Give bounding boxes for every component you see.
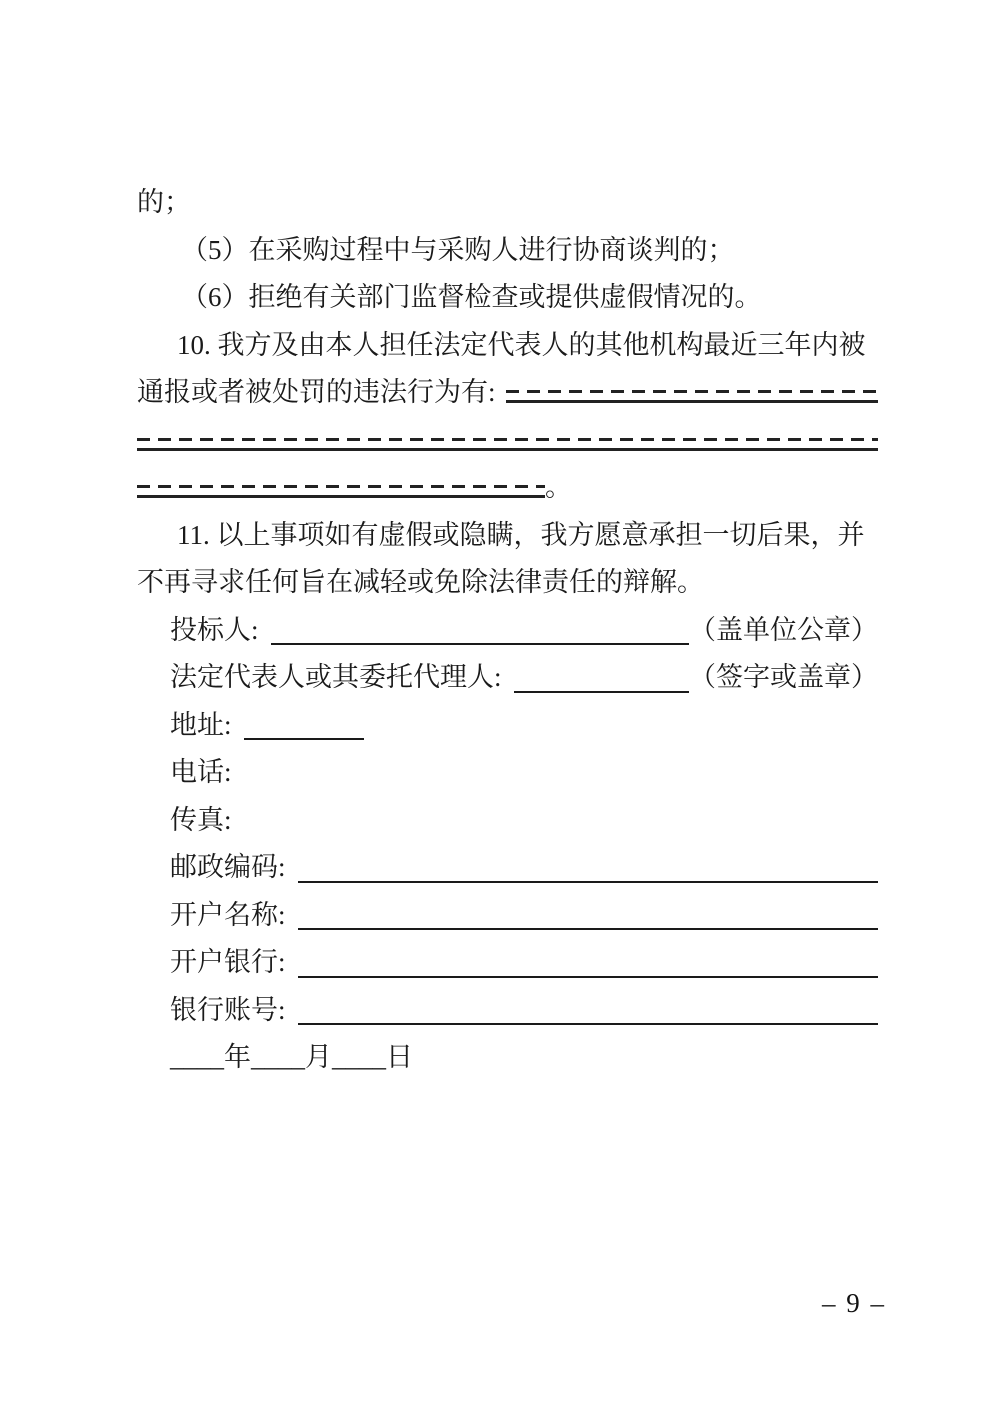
postcode-label: 邮政编码:	[170, 845, 286, 884]
bank-name-blank	[298, 948, 878, 978]
legal-rep-label: 法定代表人或其委托代理人:	[170, 655, 502, 694]
clause-11-text-1: 11. 以上事项如有虚假或隐瞒，我方愿意承担一切后果，并	[177, 513, 865, 552]
postcode-row: 邮政编码:	[137, 841, 878, 889]
date-row: ____年____月____日	[137, 1031, 878, 1079]
phone-row: 电话:	[137, 746, 878, 794]
clause-11-line-2: 不再寻求任何旨在减轻或免除法律责任的辩解。	[137, 556, 878, 604]
legal-rep-sign-note: （签字或盖章）	[689, 655, 878, 694]
clause-10-line-1: 10. 我方及由本人担任法定代表人的其他机构最近三年内被	[137, 319, 878, 367]
violations-blank-segment-3	[137, 485, 545, 498]
legal-rep-row: 法定代表人或其委托代理人: （签字或盖章）	[137, 651, 878, 699]
clause-trailing-line: 的；	[137, 176, 878, 224]
clause-5-line: （5）在采购过程中与采购人进行协商谈判的；	[137, 224, 878, 272]
clause-11-text-2: 不再寻求任何旨在减轻或免除法律责任的辩解。	[137, 560, 704, 599]
address-blank	[244, 710, 364, 740]
document-body: 的； （5）在采购过程中与采购人进行协商谈判的； （6）拒绝有关部门监督检查或提…	[137, 176, 878, 1079]
date-blank-line: ____年____月____日	[170, 1035, 413, 1074]
clause-10-text-2: 通报或者被处罚的违法行为有:	[137, 370, 496, 409]
legal-rep-blank	[514, 663, 689, 693]
violations-blank-segment-2	[137, 438, 878, 451]
clause-6-line: （6）拒绝有关部门监督检查或提供虚假情况的。	[137, 271, 878, 319]
address-row: 地址:	[137, 699, 878, 747]
address-label: 地址:	[170, 703, 232, 742]
bidder-name-blank	[271, 615, 689, 645]
bank-account-blank	[298, 995, 878, 1025]
phone-label: 电话:	[170, 750, 232, 789]
bank-name-row: 开户银行:	[137, 936, 878, 984]
violations-blank-segment-1	[506, 390, 878, 403]
clause-5-text: （5）在采购过程中与采购人进行协商谈判的；	[181, 228, 735, 267]
bidder-row: 投标人: （盖单位公章）	[137, 604, 878, 652]
account-name-row: 开户名称:	[137, 889, 878, 937]
clause-10-line-2: 通报或者被处罚的违法行为有:	[137, 366, 878, 414]
bidder-seal-note: （盖单位公章）	[689, 608, 878, 647]
bank-name-label: 开户银行:	[170, 940, 286, 979]
clause-11-line-1: 11. 以上事项如有虚假或隐瞒，我方愿意承担一切后果，并	[137, 509, 878, 557]
bank-account-label: 银行账号:	[170, 988, 286, 1027]
bidder-label: 投标人:	[170, 608, 259, 647]
account-name-label: 开户名称:	[170, 893, 286, 932]
fax-row: 传真:	[137, 794, 878, 842]
document-page: 的； （5）在采购过程中与采购人进行协商谈判的； （6）拒绝有关部门监督检查或提…	[0, 0, 1000, 1414]
postcode-blank	[298, 853, 878, 883]
clause-10-line-4: 。	[137, 461, 878, 509]
fax-label: 传真:	[170, 798, 232, 837]
clause-trailing-text: 的；	[137, 180, 191, 219]
page-number: – 9 –	[822, 1288, 886, 1319]
clause-10-line-3	[137, 414, 878, 462]
clause-10-text-1: 10. 我方及由本人担任法定代表人的其他机构最近三年内被	[177, 323, 866, 362]
account-name-blank	[298, 900, 878, 930]
clause-10-period: 。	[545, 465, 572, 504]
bank-account-row: 银行账号:	[137, 984, 878, 1032]
clause-6-text: （6）拒绝有关部门监督检查或提供虚假情况的。	[181, 275, 762, 314]
